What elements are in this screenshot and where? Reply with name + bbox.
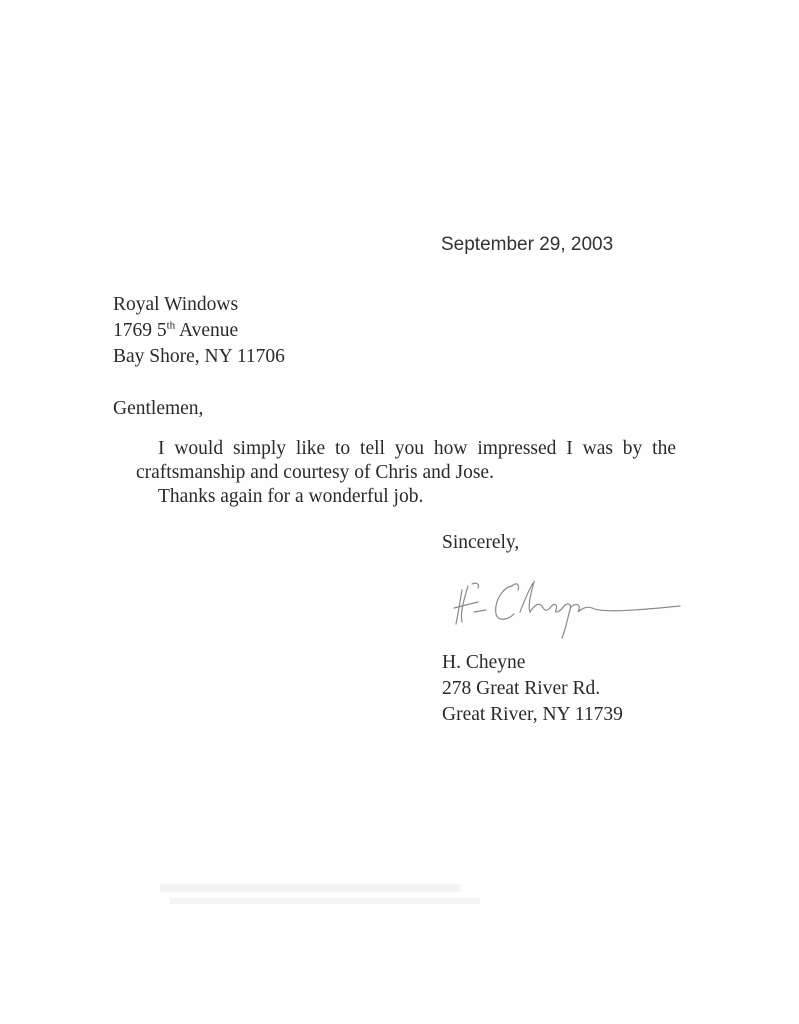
- recipient-address: Royal Windows 1769 5th Avenue Bay Shore,…: [113, 292, 285, 370]
- closing: Sincerely,: [442, 532, 519, 554]
- recipient-city: Bay Shore, NY 11706: [113, 344, 285, 370]
- recipient-name: Royal Windows: [113, 292, 285, 318]
- body-paragraph-2: Thanks again for a wonderful job.: [136, 485, 676, 509]
- sender-name: H. Cheyne: [442, 650, 623, 676]
- sender-street: 278 Great River Rd.: [442, 676, 623, 702]
- recipient-street: 1769 5th Avenue: [113, 318, 285, 344]
- sender-address: H. Cheyne 278 Great River Rd. Great Rive…: [442, 650, 623, 728]
- signature-icon: [450, 572, 685, 642]
- letter-body: I would simply like to tell you how impr…: [136, 437, 676, 509]
- bleed-through-smudge: [160, 880, 480, 910]
- letter-page: September 29, 2003 Royal Windows 1769 5t…: [0, 0, 799, 1024]
- salutation: Gentlemen,: [113, 398, 203, 420]
- letter-date: September 29, 2003: [441, 234, 613, 256]
- body-paragraph-1: I would simply like to tell you how impr…: [136, 437, 676, 485]
- sender-city: Great River, NY 11739: [442, 702, 623, 728]
